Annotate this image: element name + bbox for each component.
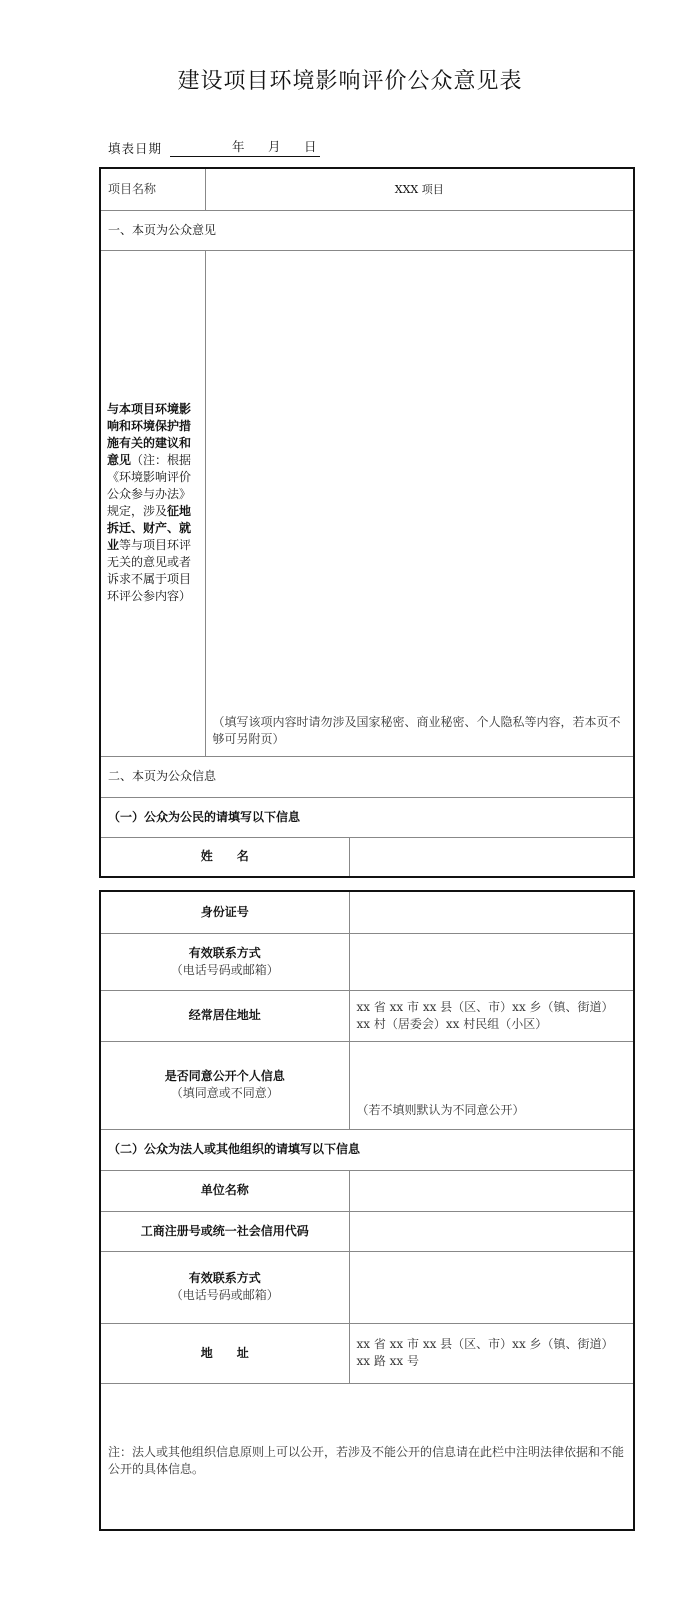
opinion-row: 与本项目环境影响和环境保护措施有关的建议和意见（注：根据《环境影响评价公众参与办… [100, 250, 634, 756]
contact-label: 有效联系方式 [108, 945, 342, 962]
consent-row: 是否同意公开个人信息 （填同意或不同意） （若不填则默认为不同意公开） [100, 1041, 634, 1129]
org-subtitle-row: （二）公众为法人或其他组织的请填写以下信息 [100, 1129, 634, 1170]
address-input[interactable]: xx 省 xx 市 xx 县（区、市）xx 乡（镇、街道）xx 路 xx 号 [349, 1323, 634, 1383]
opinion-input[interactable]: （填写该项内容时请勿涉及国家秘密、商业秘密、个人隐私等内容，若本页不够可另附页） [205, 250, 634, 756]
fill-date-label: 填表日期 [108, 139, 162, 157]
reg-code-input[interactable] [349, 1211, 634, 1251]
contact-row: 有效联系方式 （电话号码或邮箱） [100, 933, 634, 990]
section2-row: 二、本页为公众信息 [100, 756, 634, 797]
org-name-row: 单位名称 [100, 1170, 634, 1211]
org-name-input[interactable] [349, 1170, 634, 1211]
name-label: 姓 名 [100, 837, 349, 877]
note-row: 注：法人或其他组织信息原则上可以公开，若涉及不能公开的信息请在此栏中注明法律依据… [100, 1383, 634, 1530]
project-name-value[interactable]: XXX 项目 [205, 168, 634, 210]
org-contact-label-cell: 有效联系方式 （电话号码或邮箱） [100, 1251, 349, 1323]
document-title: 建设项目环境影响评价公众意见表 [0, 64, 700, 95]
month-label: 月 [268, 137, 281, 155]
section2-title: 二、本页为公众信息 [100, 756, 634, 797]
name-input[interactable] [349, 837, 634, 877]
reg-code-row: 工商注册号或统一社会信用代码 [100, 1211, 634, 1251]
opinion-hint: （填写该项内容时请勿涉及国家秘密、商业秘密、个人隐私等内容，若本页不够可另附页） [213, 715, 621, 746]
org-contact-input[interactable] [349, 1251, 634, 1323]
fill-date-row: 填表日期 年 月 日 [108, 139, 320, 157]
citizen-subtitle-row: （一）公众为公民的请填写以下信息 [100, 797, 634, 837]
consent-default-hint: （若不填则默认为不同意公开） [357, 1103, 525, 1117]
section1-title: 一、本页为公众意见 [100, 210, 634, 250]
year-label: 年 [232, 137, 245, 155]
consent-input[interactable]: （若不填则默认为不同意公开） [349, 1041, 634, 1129]
org-note[interactable]: 注：法人或其他组织信息原则上可以公开，若涉及不能公开的信息请在此栏中注明法律依据… [100, 1383, 634, 1530]
id-label: 身份证号 [100, 891, 349, 933]
opinion-label: 与本项目环境影响和环境保护措施有关的建议和意见（注：根据《环境影响评价公众参与办… [100, 250, 205, 756]
project-name-row: 项目名称 XXX 项目 [100, 168, 634, 210]
consent-label: 是否同意公开个人信息 [108, 1068, 342, 1085]
contact-input[interactable] [349, 933, 634, 990]
org-contact-hint: （电话号码或邮箱） [108, 1287, 342, 1304]
opinion-label-note-2: 等与项目环评无关的意见或者诉求不属于项目环评公参内容） [107, 538, 191, 603]
project-name-label: 项目名称 [100, 168, 205, 210]
contact-label-cell: 有效联系方式 （电话号码或邮箱） [100, 933, 349, 990]
day-label: 日 [304, 137, 317, 155]
id-row: 身份证号 [100, 891, 634, 933]
opinion-table: 项目名称 XXX 项目 一、本页为公众意见 与本项目环境影响和环境保护措施有关的… [99, 167, 635, 878]
org-subtitle: （二）公众为法人或其他组织的请填写以下信息 [100, 1129, 634, 1170]
residence-label: 经常居住地址 [100, 990, 349, 1041]
org-contact-label: 有效联系方式 [108, 1270, 342, 1287]
public-info-table: 身份证号 有效联系方式 （电话号码或邮箱） 经常居住地址 xx 省 xx 市 x… [99, 890, 635, 1531]
reg-code-label: 工商注册号或统一社会信用代码 [100, 1211, 349, 1251]
name-row: 姓 名 [100, 837, 634, 877]
org-name-label: 单位名称 [100, 1170, 349, 1211]
contact-hint: （电话号码或邮箱） [108, 962, 342, 979]
consent-hint: （填同意或不同意） [108, 1085, 342, 1102]
fill-date-field[interactable]: 年 月 日 [170, 140, 320, 157]
residence-row: 经常居住地址 xx 省 xx 市 xx 县（区、市）xx 乡（镇、街道）xx 村… [100, 990, 634, 1041]
org-contact-row: 有效联系方式 （电话号码或邮箱） [100, 1251, 634, 1323]
section1-row: 一、本页为公众意见 [100, 210, 634, 250]
id-input[interactable] [349, 891, 634, 933]
citizen-subtitle: （一）公众为公民的请填写以下信息 [100, 797, 634, 837]
residence-input[interactable]: xx 省 xx 市 xx 县（区、市）xx 乡（镇、街道）xx 村（居委会）xx… [349, 990, 634, 1041]
consent-label-cell: 是否同意公开个人信息 （填同意或不同意） [100, 1041, 349, 1129]
address-row: 地 址 xx 省 xx 市 xx 县（区、市）xx 乡（镇、街道）xx 路 xx… [100, 1323, 634, 1383]
address-label: 地 址 [100, 1323, 349, 1383]
